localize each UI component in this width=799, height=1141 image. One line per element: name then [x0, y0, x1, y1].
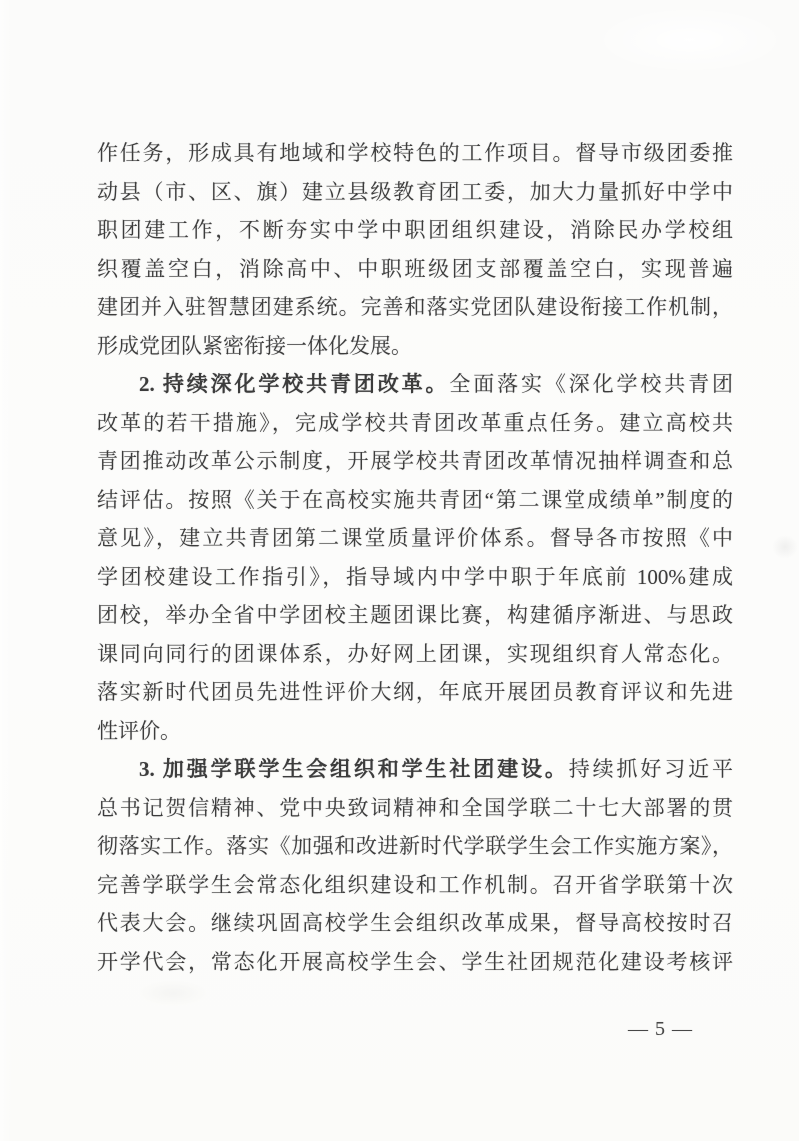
body-text: 代表大会。继续巩固高校学生会组织改革成果，督导高校按时召	[97, 911, 733, 935]
text-line: 总书记贺信精神、党中央致词精神和全国学联二十七大部署的贯	[97, 789, 733, 828]
body-text: 团校，举办全省中学团校主题团课比赛，构建循序渐进、与思政	[97, 603, 733, 627]
text-line: 性评价。	[97, 712, 733, 751]
body-text: 课同向同行的团课体系，办好网上团课，实现组织育人常态化。	[97, 642, 733, 666]
body-text: 动县（市、区、旗）建立县级教育团工委，加大力量抓好中学中	[97, 180, 733, 204]
scanned-document-page: 作任务，形成具有地域和学校特色的工作项目。督导市级团委推动县（市、区、旗）建立县…	[0, 0, 799, 1141]
text-line: 改革的若干措施》，完成学校共青团改革重点任务。建立高校共	[97, 404, 733, 443]
body-text: 持续抓好习近平	[569, 757, 733, 781]
heading-text: 2. 持续深化学校共青团改革。	[139, 372, 449, 396]
text-line: 职团建工作，不断夯实中学中职团组织建设，消除民办学校组	[97, 211, 733, 250]
text-line: 学团校建设工作指引》，指导域内中学中职于年底前 100%建成	[97, 558, 733, 597]
page-number: — 5 —	[628, 1016, 693, 1042]
scan-ghost-mark	[138, 980, 208, 1006]
text-line: 建团并入驻智慧团建系统。完善和落实党团队建设衔接工作机制，	[97, 288, 733, 327]
body-text: 彻落实工作。落实《加强和改进新时代学联学生会工作实施方案》，	[97, 834, 733, 858]
text-line: 彻落实工作。落实《加强和改进新时代学联学生会工作实施方案》，	[97, 827, 733, 866]
text-line: 课同向同行的团课体系，办好网上团课，实现组织育人常态化。	[97, 635, 733, 674]
text-line: 完善学联学生会常态化组织建设和工作机制。召开省学联第十次	[97, 866, 733, 905]
text-line: 团校，举办全省中学团校主题团课比赛，构建循序渐进、与思政	[97, 596, 733, 635]
text-line: 青团推动改革公示制度，开展学校共青团改革情况抽样调查和总	[97, 442, 733, 481]
scan-light-patch	[590, 5, 790, 75]
body-text: 作任务，形成具有地域和学校特色的工作项目。督导市级团委推	[97, 141, 733, 165]
text-line: 动县（市、区、旗）建立县级教育团工委，加大力量抓好中学中	[97, 173, 733, 212]
body-text: 意见》，建立共青团第二课堂质量评价体系。督导各市按照《中	[97, 526, 733, 550]
text-line: 意见》，建立共青团第二课堂质量评价体系。督导各市按照《中	[97, 519, 733, 558]
body-text: 开学代会，常态化开展高校学生会、学生社团规范化建设考核评	[97, 950, 733, 974]
scan-smudge	[772, 535, 798, 559]
body-text: 建团并入驻智慧团建系统。完善和落实党团队建设衔接工作机制，	[97, 295, 733, 319]
document-body: 作任务，形成具有地域和学校特色的工作项目。督导市级团委推动县（市、区、旗）建立县…	[97, 134, 733, 981]
body-text: 全面落实《深化学校共青团	[449, 372, 733, 396]
heading-text: 3. 加强学联学生会组织和学生社团建设。	[139, 757, 569, 781]
body-text: 结评估。按照《关于在高校实施共青团“第二课堂成绩单”制度的	[97, 488, 733, 512]
text-line: 3. 加强学联学生会组织和学生社团建设。持续抓好习近平	[97, 750, 733, 789]
body-text: 织覆盖空白，消除高中、中职班级团支部覆盖空白，实现普遍	[97, 257, 733, 281]
body-text: 学团校建设工作指引》，指导域内中学中职于年底前 100%建成	[97, 565, 733, 589]
text-line: 开学代会，常态化开展高校学生会、学生社团规范化建设考核评	[97, 943, 733, 982]
body-text: 总书记贺信精神、党中央致词精神和全国学联二十七大部署的贯	[97, 796, 733, 820]
body-text: 落实新时代团员先进性评价大纲，年底开展团员教育评议和先进	[97, 680, 733, 704]
body-text: 改革的若干措施》，完成学校共青团改革重点任务。建立高校共	[97, 411, 733, 435]
text-line: 2. 持续深化学校共青团改革。全面落实《深化学校共青团	[97, 365, 733, 404]
text-line: 落实新时代团员先进性评价大纲，年底开展团员教育评议和先进	[97, 673, 733, 712]
paragraph: 作任务，形成具有地域和学校特色的工作项目。督导市级团委推动县（市、区、旗）建立县…	[97, 134, 733, 365]
paragraph: 3. 加强学联学生会组织和学生社团建设。持续抓好习近平总书记贺信精神、党中央致词…	[97, 750, 733, 981]
text-line: 形成党团队紧密衔接一体化发展。	[97, 327, 733, 366]
text-line: 织覆盖空白，消除高中、中职班级团支部覆盖空白，实现普遍	[97, 250, 733, 289]
body-text: 青团推动改革公示制度，开展学校共青团改革情况抽样调查和总	[97, 449, 733, 473]
body-text: 形成党团队紧密衔接一体化发展。	[97, 334, 412, 358]
scan-edge-fade	[0, 0, 12, 1141]
body-text: 完善学联学生会常态化组织建设和工作机制。召开省学联第十次	[97, 873, 733, 897]
body-text: 职团建工作，不断夯实中学中职团组织建设，消除民办学校组	[97, 218, 733, 242]
body-text: 性评价。	[97, 719, 181, 743]
paragraph: 2. 持续深化学校共青团改革。全面落实《深化学校共青团改革的若干措施》，完成学校…	[97, 365, 733, 750]
text-line: 结评估。按照《关于在高校实施共青团“第二课堂成绩单”制度的	[97, 481, 733, 520]
text-line: 作任务，形成具有地域和学校特色的工作项目。督导市级团委推	[97, 134, 733, 173]
text-line: 代表大会。继续巩固高校学生会组织改革成果，督导高校按时召	[97, 904, 733, 943]
